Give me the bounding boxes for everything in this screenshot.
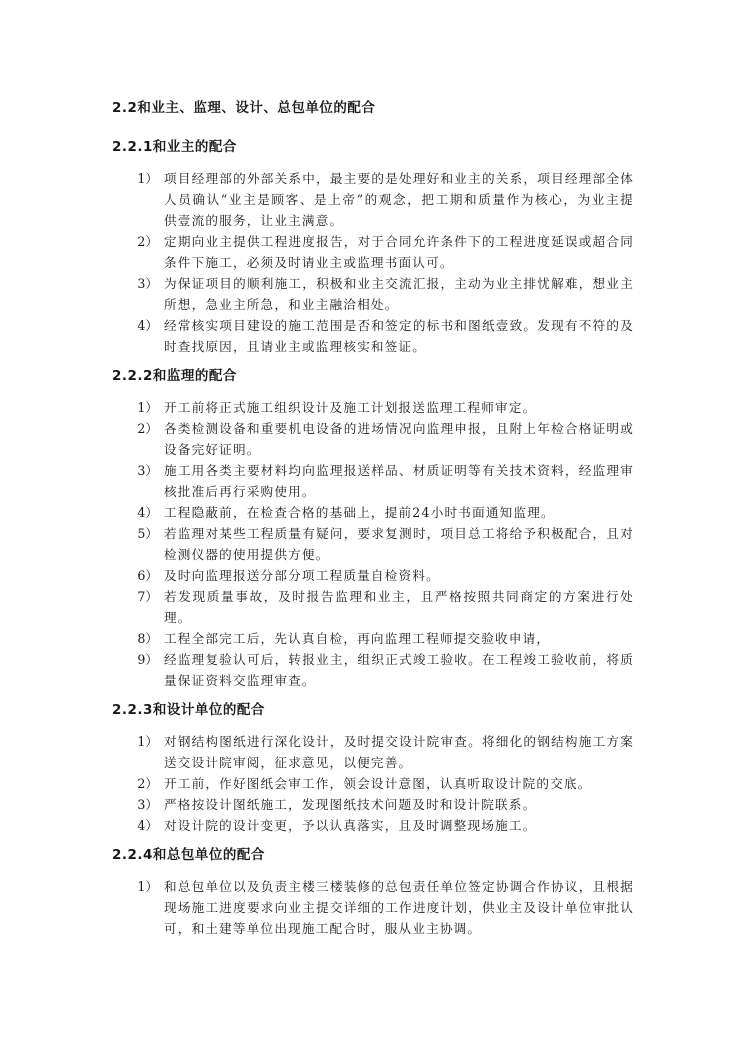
list-item: 4）对设计院的设计变更，予以认真落实，且及时调整现场施工。: [112, 815, 634, 836]
item-number: 1）: [112, 731, 164, 773]
numbered-list: 1）和总包单位以及负责主楼三楼装修的总包责任单位签定协调合作协议，且根据现场施工…: [112, 876, 634, 939]
section-title: 2.2和业主、监理、设计、总包单位的配合: [112, 97, 634, 119]
item-number: 7）: [112, 586, 164, 628]
item-number: 1）: [112, 876, 164, 939]
subsection-title: 2.2.3和设计单位的配合: [112, 699, 634, 721]
subsection-title: 2.2.4和总包单位的配合: [112, 844, 634, 866]
item-text: 若发现质量事故，及时报告监理和业主，且严格按照共同商定的方案进行处理。: [164, 586, 634, 628]
item-number: 4）: [112, 502, 164, 523]
item-number: 1）: [112, 397, 164, 418]
item-text: 严格按设计图纸施工，发现图纸技术问题及时和设计院联系。: [164, 794, 634, 815]
item-text: 对设计院的设计变更，予以认真落实，且及时调整现场施工。: [164, 815, 634, 836]
item-number: 4）: [112, 815, 164, 836]
subsection-supervisor: 2.2.2和监理的配合 1）开工前将正式施工组织设计及施工计划报送监理工程师审定…: [112, 365, 634, 691]
list-item: 3）施工用各类主要材料均向监理报送样品、材质证明等有关技术资料，经监理审核批准后…: [112, 460, 634, 502]
item-number: 2）: [112, 773, 164, 794]
numbered-list: 1）开工前将正式施工组织设计及施工计划报送监理工程师审定。 2）各类检测设备和重…: [112, 397, 634, 691]
item-text: 经监理复验认可后，转报业主，组织正式竣工验收。在工程竣工验收前，将质量保证资料交…: [164, 649, 634, 691]
subsection-title: 2.2.2和监理的配合: [112, 365, 634, 387]
item-number: 5）: [112, 523, 164, 565]
list-item: 1）项目经理部的外部关系中，最主要的是处理好和业主的关系，项目经理部全体人员确认…: [112, 168, 634, 231]
list-item: 7）若发现质量事故，及时报告监理和业主，且严格按照共同商定的方案进行处理。: [112, 586, 634, 628]
item-number: 9）: [112, 649, 164, 691]
item-text: 工程全部完工后，先认真自检，再向监理工程师提交验收申请，: [164, 628, 634, 649]
subsection-title: 2.2.1和业主的配合: [112, 136, 634, 158]
item-text: 开工前将正式施工组织设计及施工计划报送监理工程师审定。: [164, 397, 634, 418]
item-text: 经常核实项目建设的施工范围是否和签定的标书和图纸壹致。发现有不符的及时查找原因，…: [164, 315, 634, 357]
item-text: 定期向业主提供工程进度报告，对于合同允许条件下的工程进度延误或超合同条件下施工，…: [164, 231, 634, 273]
item-number: 4）: [112, 315, 164, 357]
item-number: 3）: [112, 460, 164, 502]
item-text: 施工用各类主要材料均向监理报送样品、材质证明等有关技术资料，经监理审核批准后再行…: [164, 460, 634, 502]
list-item: 2）定期向业主提供工程进度报告，对于合同允许条件下的工程进度延误或超合同条件下施…: [112, 231, 634, 273]
item-text: 为保证项目的顺利施工，积极和业主交流汇报，主动为业主排忧解难，想业主所想，急业主…: [164, 273, 634, 315]
list-item: 8）工程全部完工后，先认真自检，再向监理工程师提交验收申请，: [112, 628, 634, 649]
item-number: 2）: [112, 418, 164, 460]
item-text: 各类检测设备和重要机电设备的进场情况向监理申报，且附上年检合格证明或设备完好证明…: [164, 418, 634, 460]
item-number: 2）: [112, 231, 164, 273]
item-number: 3）: [112, 273, 164, 315]
list-item: 1）开工前将正式施工组织设计及施工计划报送监理工程师审定。: [112, 397, 634, 418]
list-item: 2）各类检测设备和重要机电设备的进场情况向监理申报，且附上年检合格证明或设备完好…: [112, 418, 634, 460]
item-number: 1）: [112, 168, 164, 231]
item-text: 和总包单位以及负责主楼三楼装修的总包责任单位签定协调合作协议，且根据现场施工进度…: [164, 876, 634, 939]
numbered-list: 1）项目经理部的外部关系中，最主要的是处理好和业主的关系，项目经理部全体人员确认…: [112, 168, 634, 357]
item-number: 6）: [112, 565, 164, 586]
list-item: 5）若监理对某些工程质量有疑问，要求复测时，项目总工将给予积极配合，且对检测仪器…: [112, 523, 634, 565]
item-number: 8）: [112, 628, 164, 649]
item-text: 工程隐蔽前，在检查合格的基础上，提前24小时书面通知监理。: [164, 502, 634, 523]
item-text: 对钢结构图纸进行深化设计，及时提交设计院审查。将细化的钢结构施工方案送交设计院审…: [164, 731, 634, 773]
numbered-list: 1）对钢结构图纸进行深化设计，及时提交设计院审查。将细化的钢结构施工方案送交设计…: [112, 731, 634, 836]
subsection-owner: 2.2.1和业主的配合 1）项目经理部的外部关系中，最主要的是处理好和业主的关系…: [112, 136, 634, 357]
list-item: 1）对钢结构图纸进行深化设计，及时提交设计院审查。将细化的钢结构施工方案送交设计…: [112, 731, 634, 773]
list-item: 9）经监理复验认可后，转报业主，组织正式竣工验收。在工程竣工验收前，将质量保证资…: [112, 649, 634, 691]
subsection-general-contractor: 2.2.4和总包单位的配合 1）和总包单位以及负责主楼三楼装修的总包责任单位签定…: [112, 844, 634, 939]
item-number: 3）: [112, 794, 164, 815]
list-item: 1）和总包单位以及负责主楼三楼装修的总包责任单位签定协调合作协议，且根据现场施工…: [112, 876, 634, 939]
list-item: 4）工程隐蔽前，在检查合格的基础上，提前24小时书面通知监理。: [112, 502, 634, 523]
item-text: 及时向监理报送分部分项工程质量自检资料。: [164, 565, 634, 586]
subsection-design: 2.2.3和设计单位的配合 1）对钢结构图纸进行深化设计，及时提交设计院审查。将…: [112, 699, 634, 836]
list-item: 3）严格按设计图纸施工，发现图纸技术问题及时和设计院联系。: [112, 794, 634, 815]
list-item: 2）开工前，作好图纸会审工作，领会设计意图，认真听取设计院的交底。: [112, 773, 634, 794]
list-item: 6）及时向监理报送分部分项工程质量自检资料。: [112, 565, 634, 586]
list-item: 4）经常核实项目建设的施工范围是否和签定的标书和图纸壹致。发现有不符的及时查找原…: [112, 315, 634, 357]
item-text: 开工前，作好图纸会审工作，领会设计意图，认真听取设计院的交底。: [164, 773, 634, 794]
list-item: 3）为保证项目的顺利施工，积极和业主交流汇报，主动为业主排忧解难，想业主所想，急…: [112, 273, 634, 315]
item-text: 若监理对某些工程质量有疑问，要求复测时，项目总工将给予积极配合，且对检测仪器的使…: [164, 523, 634, 565]
document-page: 2.2和业主、监理、设计、总包单位的配合 2.2.1和业主的配合 1）项目经理部…: [112, 97, 634, 947]
item-text: 项目经理部的外部关系中，最主要的是处理好和业主的关系，项目经理部全体人员确认“业…: [164, 168, 634, 231]
